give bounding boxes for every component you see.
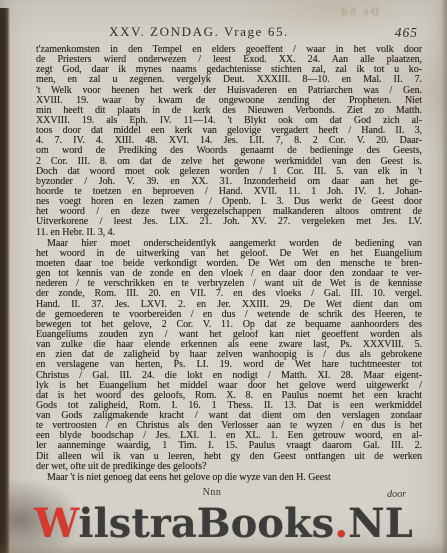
text-line: het woord / en deze twee vergezelschappe… xyxy=(36,207,422,217)
page-right-edge xyxy=(441,0,447,553)
text-line: byzonder / Joh. V. 39. en XX. 31. Inzond… xyxy=(36,177,422,187)
text-line: XVIII. 19. waar by kwam de ongewoone zen… xyxy=(36,96,422,106)
text-line: moeten daar toe beide verkondigt worden.… xyxy=(36,259,422,269)
book-binding-edge xyxy=(0,8,10,553)
paragraph: Maar hier moet onderscheidentlyk aangeme… xyxy=(36,239,422,472)
page-foot: Nnn door xyxy=(36,487,422,501)
text-line: Uitverkorene / leest Jes. LIX. 21. Joh. … xyxy=(36,217,422,227)
text-line: bewegen tot het gelove, 2 Cor. V. 11. Op… xyxy=(36,320,422,330)
text-line: gen tot kennis van de zonde en den vloek… xyxy=(36,269,422,279)
watermark-text-part: . xyxy=(334,500,348,547)
watermark-text-part: ilstraBooks xyxy=(78,500,334,547)
text-line: om word de Prediking des Woords genaamt … xyxy=(36,146,422,156)
text-line: dat is het woord des geloofs, Rom. X. 8.… xyxy=(36,391,422,401)
text-line: Euangeliums zouden zyn / want het geloof… xyxy=(36,330,422,340)
text-line: 't Welk voor heenen het werk der Huisvad… xyxy=(36,86,422,96)
text-line: lyk is het Euangelium het middel waar do… xyxy=(36,381,422,391)
text-line: toos door dat middel een kerk van gelovi… xyxy=(36,126,422,136)
text-line: de gemoederen te voorbereiden / en dus /… xyxy=(36,310,422,320)
text-line: XXVIII. 19. als Eph. IV. 11—14. 't Blykt… xyxy=(36,116,422,126)
running-title: XXV. ZONDAG. Vrage 65. xyxy=(36,24,362,40)
paragraph: Maar 't is niet genoeg dat eens het gelo… xyxy=(36,473,422,483)
text-line: te vertroosten / en Christus als den Ver… xyxy=(36,421,422,431)
text-line: een blyde boodschap / Jes. LXI. 1. en XL… xyxy=(36,431,422,441)
show-through-ghost-text: De Sd xyxy=(339,4,379,19)
text-line: en verslagene van herten, Ps. LI. 19. wo… xyxy=(36,360,422,370)
page-body-text: t'zamenkomsten in den Tempel en elders g… xyxy=(36,45,422,484)
page-header: XXV. ZONDAG. Vrage 65. 465 xyxy=(36,24,422,42)
page-number: 465 xyxy=(395,25,418,41)
text-line: 2 Cor. III. 8. om dat de zelve het gewon… xyxy=(36,157,422,167)
text-line: nes voegt horen en lezen zamen / Openb. … xyxy=(36,197,422,207)
text-line: Hand. II. 37. Jes. LXVI. 2. en Jer. XXII… xyxy=(36,300,422,310)
text-line: Maar 't is niet genoeg dat eens het gelo… xyxy=(36,473,422,483)
text-line: het woord in de uitwerking van het geloo… xyxy=(36,249,422,259)
paragraph: t'zamenkomsten in den Tempel en elders g… xyxy=(36,45,422,238)
scanned-book-page: De Sd XXV. ZONDAG. Vrage 65. 465 t'zamen… xyxy=(0,0,447,553)
watermark-text-part: W xyxy=(34,500,78,547)
wilstrabooks-watermark: WilstraBooks.NL xyxy=(0,500,447,547)
text-line: zegt God, daar ik mynes naams gedachteni… xyxy=(36,65,422,75)
text-line: 11. en Hebr. II. 3, 4. xyxy=(36,228,422,238)
text-line: der zonde, Rom. III. 20. en VII. 7. en d… xyxy=(36,289,422,299)
text-line: min heeft dit plaats in de kerk des Nieu… xyxy=(36,106,422,116)
text-line: hoorde te toetzen en beproeven / Hand. X… xyxy=(36,187,422,197)
text-line: van zulke die haar elende erkennen als e… xyxy=(36,340,422,350)
signature-mark: Nnn xyxy=(36,487,388,498)
text-line: en zien dat de zaligheid by haar zelven … xyxy=(36,350,422,360)
text-line: Maar hier moet onderscheidentlyk aangeme… xyxy=(36,239,422,249)
text-line: 4. 7. IV. 4. XIII. 48. XVI. 14. Jes. LII… xyxy=(36,136,422,146)
text-line: Dit alleen wil ik van u leeren, hebt gy … xyxy=(36,452,422,462)
text-line: van Gods zaligmakende kracht / want dat … xyxy=(36,411,422,421)
text-line: Christus / Gal. III. 24. die lokt en nod… xyxy=(36,371,422,381)
text-line: der wet, ofte uit de predikinge des gelo… xyxy=(36,462,422,472)
text-line: de Priesters wierd onderwezen / leest Ex… xyxy=(36,55,422,65)
watermark-text-part: NL xyxy=(348,500,413,547)
text-line: nederen / te verschrikken en te verbryze… xyxy=(36,279,422,289)
catchword: door xyxy=(387,489,406,500)
text-line: t'zamenkomsten in den Tempel en elders g… xyxy=(36,45,422,55)
text-line: men, en zal u zegenen. vergelyk Deut. XX… xyxy=(36,75,422,85)
text-line: ler aanneminge waardig, 1 Tim. I. 15. Pa… xyxy=(36,441,422,451)
text-line: Doch dat woord moet ook gelezen worden /… xyxy=(36,167,422,177)
text-line: Gods tot zaligheid, Rom. I. 16. 1 Thess.… xyxy=(36,401,422,411)
